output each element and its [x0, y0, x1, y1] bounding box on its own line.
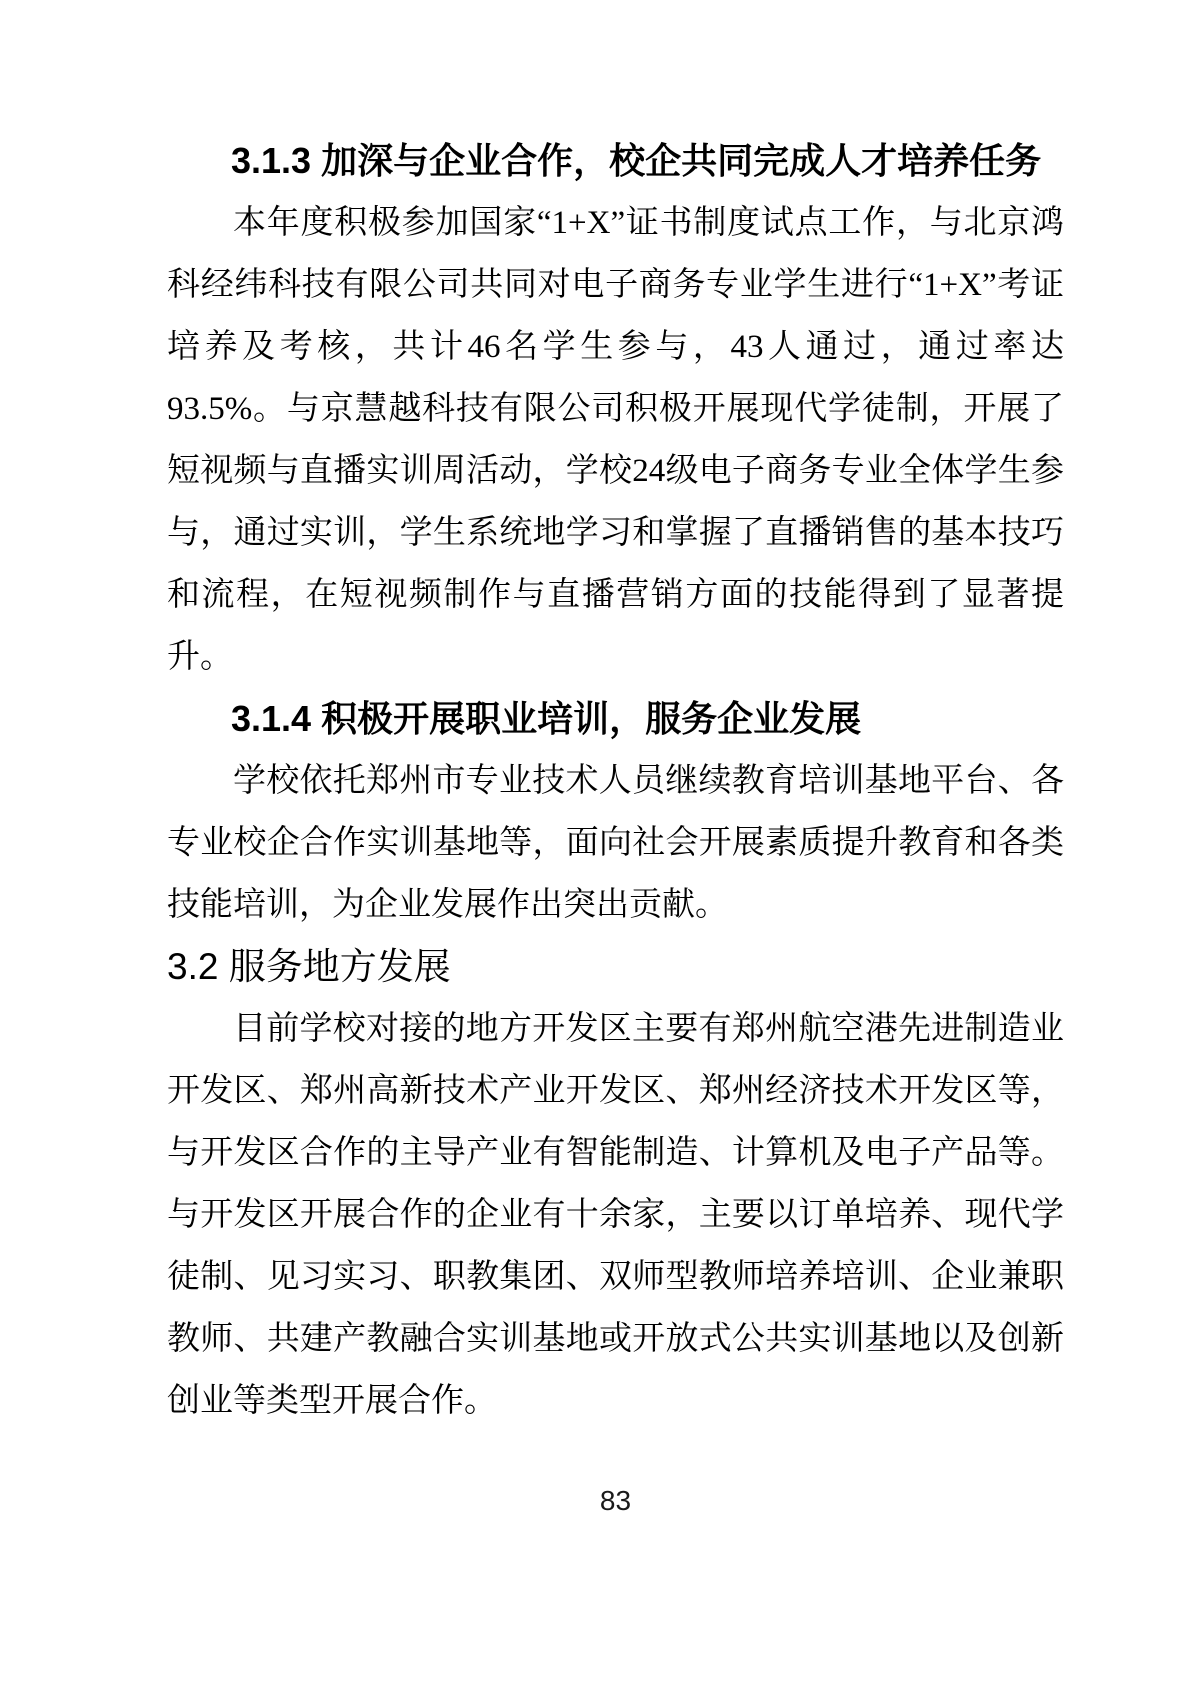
- heading-3-1-3: 3.1.3 加深与企业合作，校企共同完成人才培养任务: [167, 130, 1064, 192]
- heading-3-2: 3.2 服务地方发展: [167, 936, 1064, 998]
- document-page: 3.1.3 加深与企业合作，校企共同完成人才培养任务 本年度积极参加国家“1+X…: [0, 0, 1191, 1684]
- page-number: 83: [600, 1485, 631, 1516]
- heading-3-1-4: 3.1.4 积极开展职业培训，服务企业发展: [167, 688, 1064, 750]
- paragraph-vocational-training: 学校依托郑州市专业技术人员继续教育培训基地平台、各专业校企合作实训基地等，面向社…: [167, 750, 1064, 936]
- page-content: 3.1.3 加深与企业合作，校企共同完成人才培养任务 本年度积极参加国家“1+X…: [167, 130, 1064, 1432]
- paragraph-local-development: 目前学校对接的地方开发区主要有郑州航空港先进制造业开发区、郑州高新技术产业开发区…: [167, 998, 1064, 1432]
- page-footer: 83: [167, 1484, 1064, 1518]
- paragraph-enterprise-cooperation: 本年度积极参加国家“1+X”证书制度试点工作，与北京鸿科经纬科技有限公司共同对电…: [167, 192, 1064, 688]
